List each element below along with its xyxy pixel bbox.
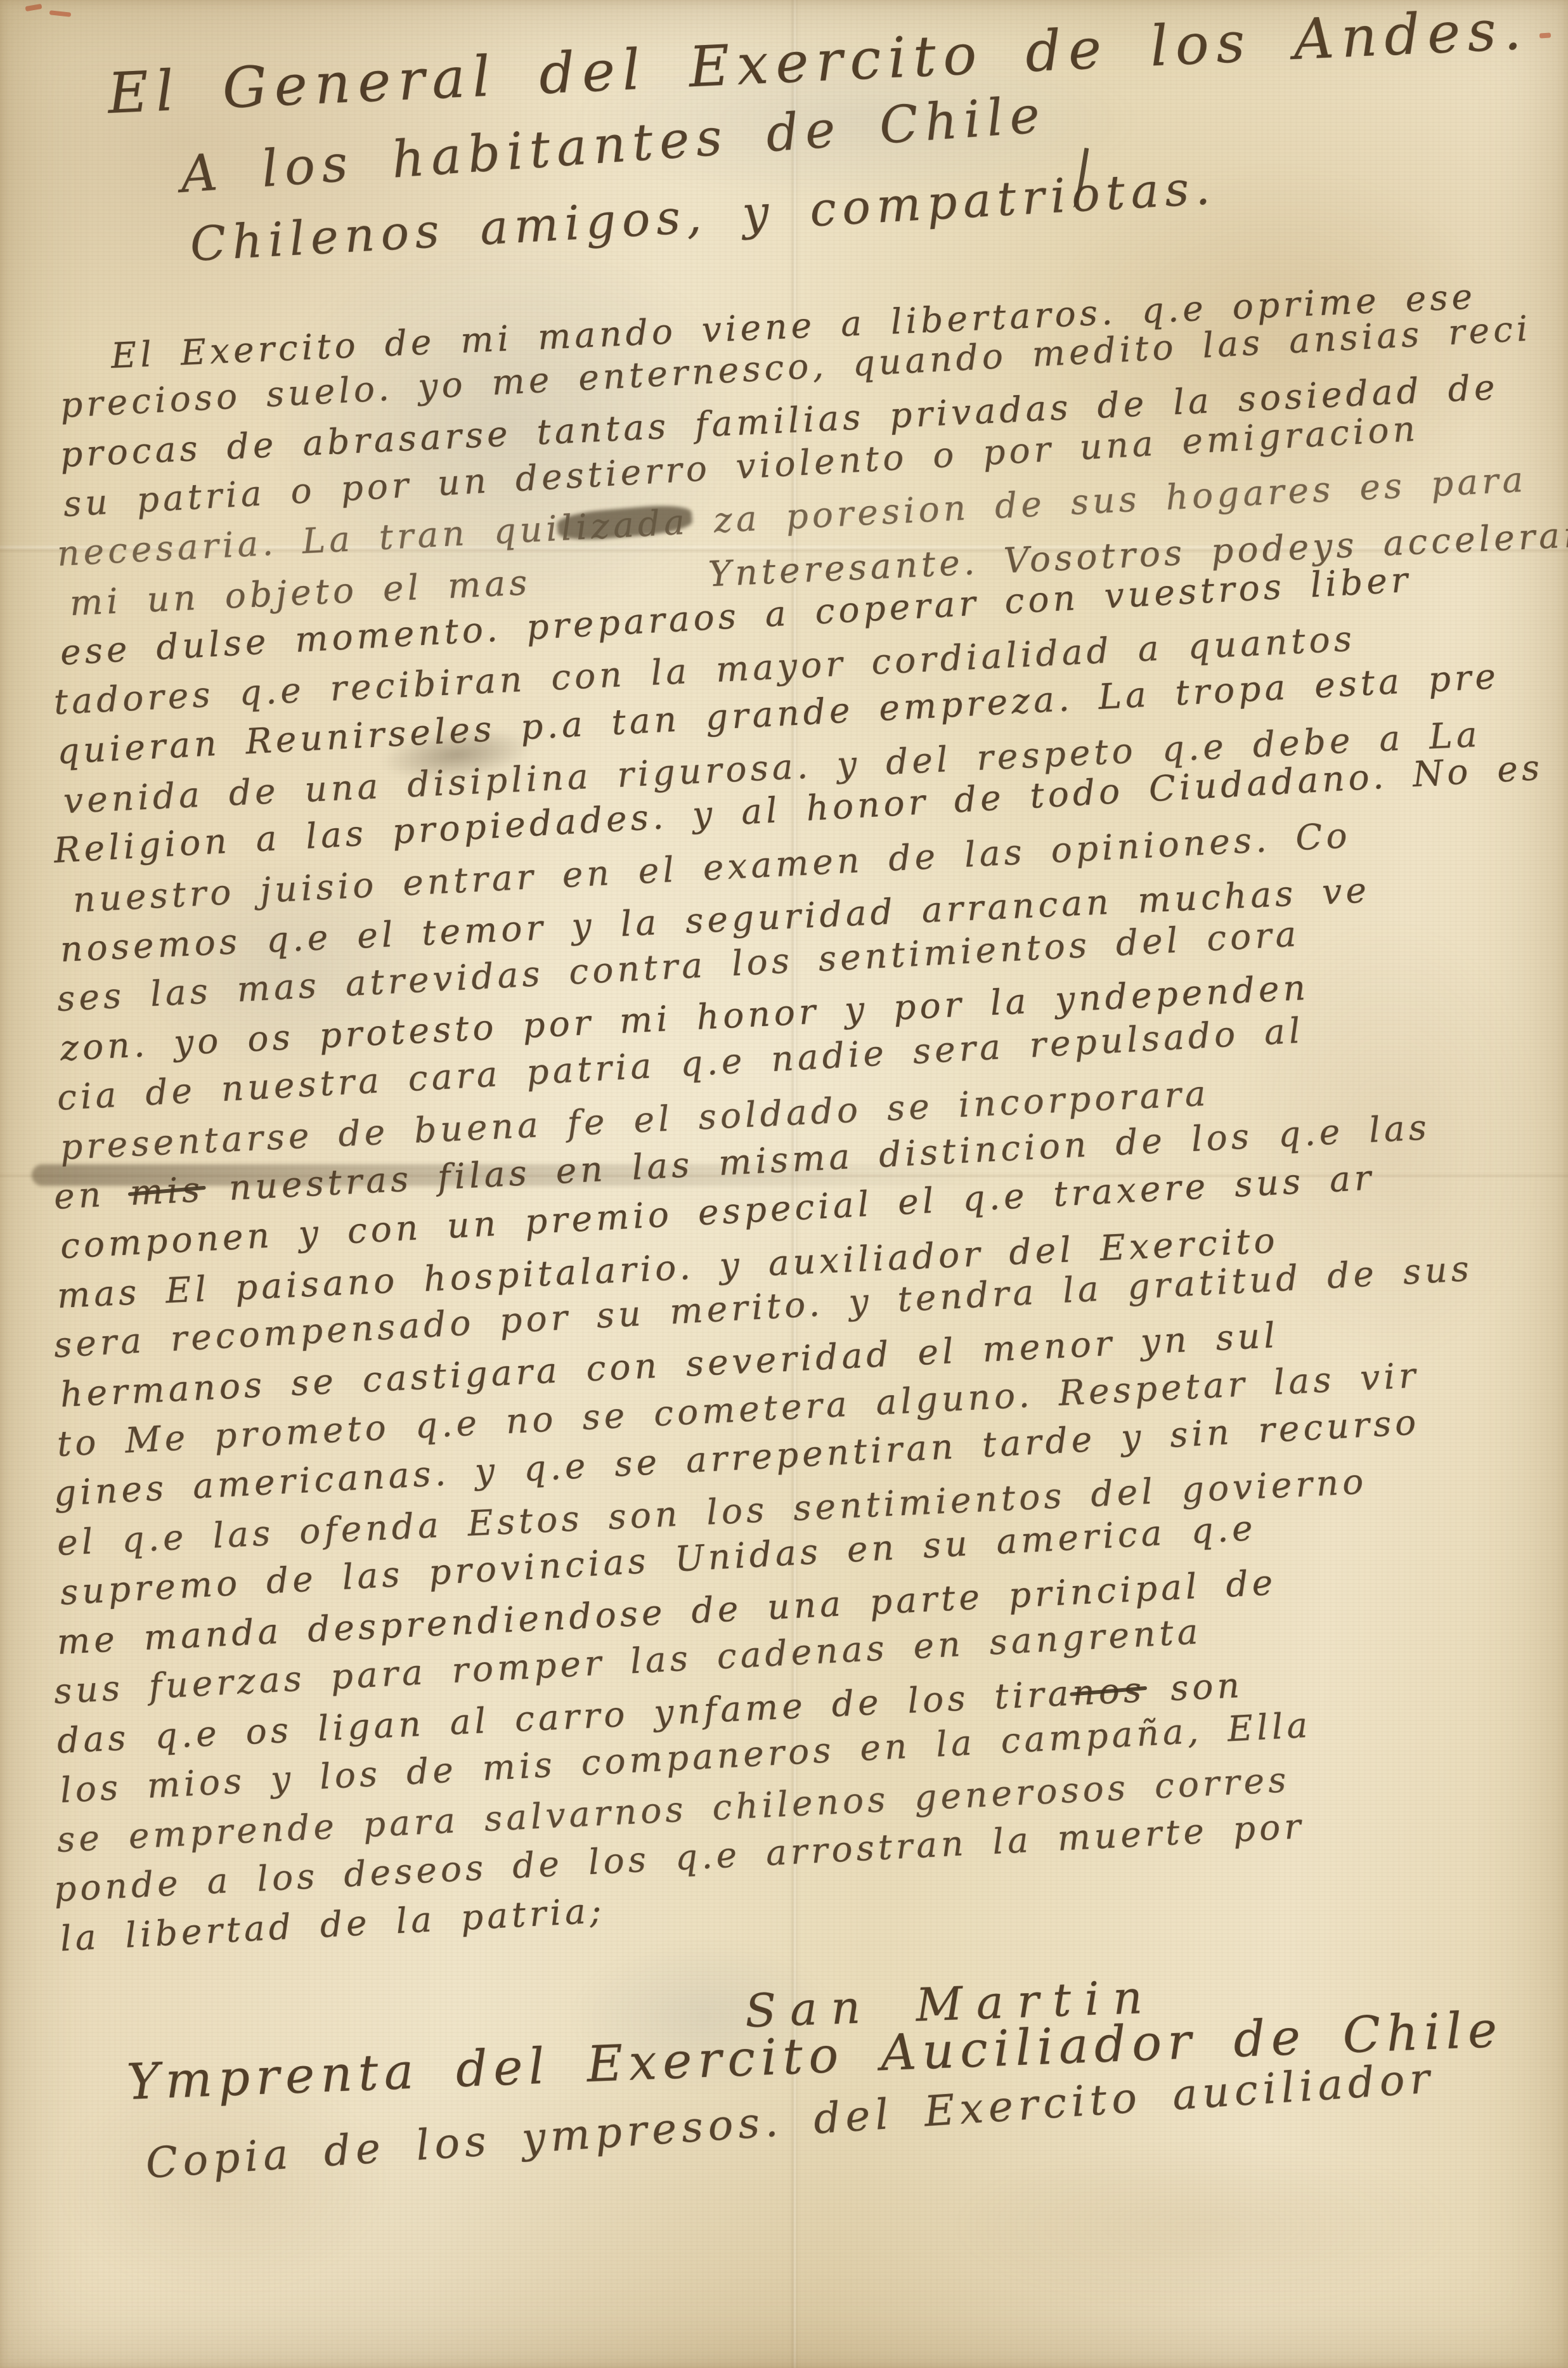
- manuscript-page: El General del Exercito de los Andes.A l…: [0, 0, 1568, 2368]
- text-segment: en: [53, 1173, 131, 1217]
- text-segment: son: [1144, 1665, 1244, 1710]
- struck-out-word: mis: [129, 1169, 204, 1213]
- struck-out-word: lizada: [560, 502, 689, 549]
- struck-out-word: nos: [1072, 1669, 1146, 1713]
- red-ink-speck: [1539, 32, 1552, 38]
